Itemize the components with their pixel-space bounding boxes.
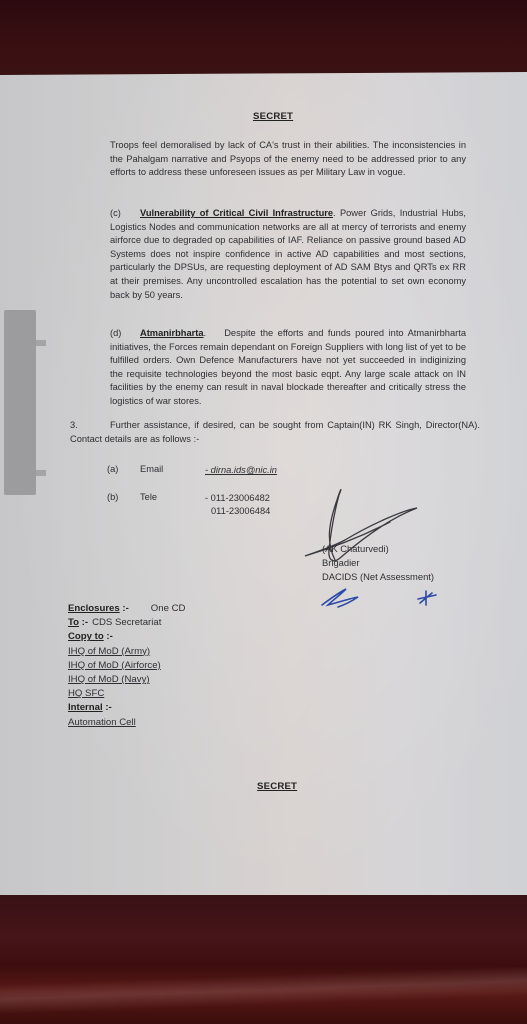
enclosures-label: Enclosures	[68, 603, 120, 614]
contact-tele-number-2: 011-23006484	[205, 505, 270, 518]
signatory-appointment: DACIDS (Net Assessment)	[322, 570, 434, 584]
classification-footer: SECRET	[257, 781, 297, 792]
signature-block: (AK Chaturvedi) Brigadier DACIDS (Net As…	[322, 542, 434, 584]
copy-to-item: IHQ of MoD (Airforce)	[68, 659, 185, 673]
internal-sep: :-	[103, 702, 112, 713]
copy-to-line: Copy to :-	[68, 630, 185, 644]
copy-to-sep: :-	[104, 631, 113, 642]
copy-to-item: IHQ of MoD (Army)	[68, 645, 185, 659]
contact-tele-index: (b)	[107, 492, 140, 518]
section-d: (d)Atmanirbharta. Despite the efforts an…	[110, 327, 466, 409]
paragraph-3-number: 3.	[70, 419, 110, 433]
distribution-list: Enclosures :-One CD To :-CDS Secretariat…	[68, 602, 185, 730]
file-clip-shadow	[4, 310, 36, 495]
section-c-label: (c)	[110, 207, 140, 221]
to-line: To :-CDS Secretariat	[68, 616, 185, 630]
contact-tele-values: - 011-23006482 011-23006484	[205, 492, 270, 518]
section-d-body: Despite the efforts and funds poured int…	[110, 328, 466, 406]
signatory-rank: Brigadier	[322, 556, 434, 570]
section-c-heading-period: .	[333, 208, 340, 218]
enclosures-sep: :-	[120, 603, 129, 614]
internal-item: Automation Cell	[68, 716, 185, 730]
document-page	[0, 72, 527, 896]
background-surface-bottom	[0, 895, 527, 1024]
contact-tele-row: (b) Tele - 011-23006482 011-23006484	[107, 492, 270, 518]
enclosures-value: One CD	[151, 603, 186, 614]
section-d-label: (d)	[110, 327, 140, 341]
paragraph-3: 3.Further assistance, if desired, can be…	[70, 419, 480, 446]
section-c: (c)Vulnerability of Critical Civil Infra…	[110, 207, 466, 302]
blue-ink-initials	[318, 585, 448, 610]
signatory-name: (AK Chaturvedi)	[322, 542, 434, 556]
copy-to-item: IHQ of MoD (Navy)	[68, 673, 185, 687]
classification-header: SECRET	[253, 111, 293, 122]
contact-email-index: (a)	[107, 464, 140, 477]
copy-to-item: HQ SFC	[68, 687, 185, 701]
background-surface-top	[0, 0, 527, 75]
contact-email-row: (a) Email - dirna.ids@nic.in	[107, 464, 277, 477]
contact-email-label: Email	[140, 464, 205, 477]
contact-email-link[interactable]: - dirna.ids@nic.in	[205, 464, 277, 477]
to-sep: :-	[79, 617, 88, 628]
section-c-heading: Vulnerability of Critical Civil Infrastr…	[140, 208, 333, 218]
to-value: CDS Secretariat	[92, 617, 161, 628]
file-clip-tab	[36, 470, 46, 476]
to-label: To	[68, 617, 79, 628]
contact-tele-label: Tele	[140, 492, 205, 518]
internal-label: Internal	[68, 702, 103, 713]
enclosures-line: Enclosures :-One CD	[68, 602, 185, 616]
copy-to-label: Copy to	[68, 631, 104, 642]
file-clip-tab	[36, 340, 46, 346]
contact-tele-number-1: - 011-23006482	[205, 492, 270, 505]
internal-line: Internal :-	[68, 701, 185, 715]
section-c-body: Power Grids, Industrial Hubs, Logistics …	[110, 208, 466, 300]
section-d-heading: Atmanirbharta	[140, 328, 204, 338]
section-d-heading-period: .	[204, 328, 225, 338]
paragraph-3-text: Further assistance, if desired, can be s…	[70, 420, 480, 444]
intro-paragraph: Troops feel demoralised by lack of CA's …	[110, 139, 466, 180]
